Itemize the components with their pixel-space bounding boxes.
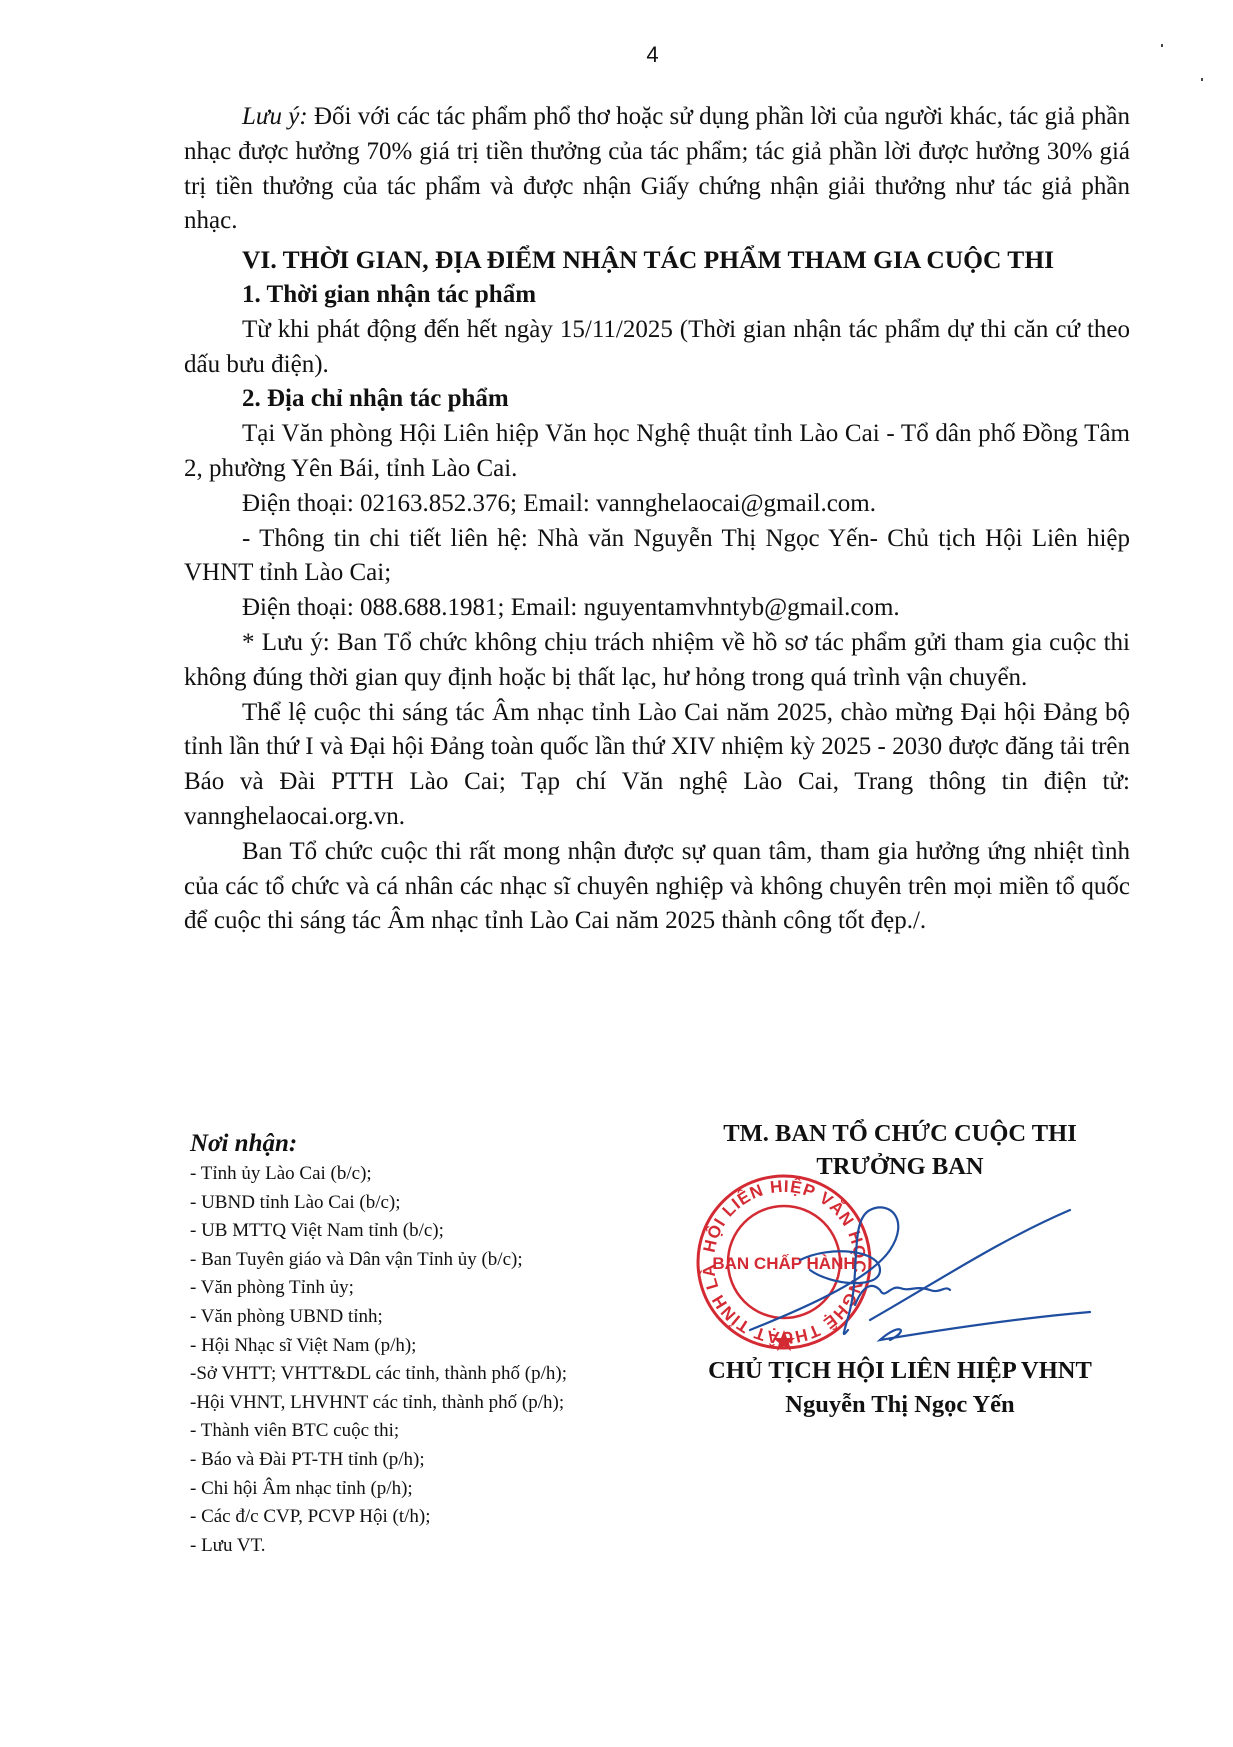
page-number: 4 <box>36 42 1233 68</box>
recipient-item: - Chi hội Âm nhạc tỉnh (p/h); <box>190 1475 670 1504</box>
recipient-item: - Thành viên BTC cuộc thi; <box>190 1417 670 1446</box>
contact-office: Điện thoại: 02163.852.376; Email: vanngh… <box>184 487 1130 522</box>
note-paragraph: Lưu ý: Đối với các tác phẩm phổ thơ hoặc… <box>184 100 1130 239</box>
recipient-item: - Văn phòng Tỉnh ủy; <box>190 1274 670 1303</box>
contact-detail: - Thông tin chi tiết liên hệ: Nhà văn Ng… <box>184 522 1130 592</box>
note-label: Lưu ý: <box>242 103 308 130</box>
subsection-heading-address: 2. Địa chỉ nhận tác phẩm <box>184 382 1130 417</box>
recipient-item: -Sở VHTT; VHTT&DL các tỉnh, thành phố (p… <box>190 1360 670 1389</box>
disclaimer-paragraph: * Lưu ý: Ban Tổ chức không chịu trách nh… <box>184 626 1130 696</box>
recipient-item: - Tỉnh ủy Lào Cai (b/c); <box>190 1160 670 1189</box>
recipient-item: - Báo và Đài PT-TH tỉnh (p/h); <box>190 1446 670 1475</box>
section-heading: VI. THỜI GIAN, ĐỊA ĐIỂM NHẬN TÁC PHẨM TH… <box>184 243 1130 278</box>
time-paragraph: Từ khi phát động đến hết ngày 15/11/2025… <box>184 313 1130 383</box>
recipient-item: -Hội VHNT, LHVHNT các tỉnh, thành phố (p… <box>190 1389 670 1418</box>
contact-person: Điện thoại: 088.688.1981; Email: nguyent… <box>184 591 1130 626</box>
document-body: Lưu ý: Đối với các tác phẩm phổ thơ hoặc… <box>184 100 1130 939</box>
signatory-name: Nguyễn Thị Ngọc Yến <box>680 1388 1120 1422</box>
appeal-paragraph: Ban Tổ chức cuộc thi rất mong nhận được … <box>184 835 1130 939</box>
address-paragraph: Tại Văn phòng Hội Liên hiệp Văn học Nghệ… <box>184 417 1130 487</box>
recipients-title: Nơi nhận: <box>190 1128 670 1160</box>
handwritten-signature-icon <box>740 1190 1120 1360</box>
recipients-block: Nơi nhận: - Tỉnh ủy Lào Cai (b/c);- UBND… <box>190 1128 670 1560</box>
recipient-item: - UBND tỉnh Lào Cai (b/c); <box>190 1189 670 1218</box>
recipient-item: - UB MTTQ Việt Nam tỉnh (b/c); <box>190 1217 670 1246</box>
signature-line-1: TM. BAN TỔ CHỨC CUỘC THI <box>680 1117 1120 1150</box>
recipient-item: - Hội Nhạc sĩ Việt Nam (p/h); <box>190 1332 670 1361</box>
signatory-block: CHỦ TỊCH HỘI LIÊN HIỆP VHNT Nguyễn Thị N… <box>680 1354 1120 1422</box>
scan-speck <box>1201 78 1203 81</box>
recipients-list: - Tỉnh ủy Lào Cai (b/c);- UBND tỉnh Lào … <box>190 1160 670 1560</box>
recipient-item: - Lưu VT. <box>190 1532 670 1561</box>
note-text: Đối với các tác phẩm phổ thơ hoặc sử dụn… <box>184 103 1130 234</box>
recipient-item: - Văn phòng UBND tỉnh; <box>190 1303 670 1332</box>
publication-paragraph: Thể lệ cuộc thi sáng tác Âm nhạc tỉnh Là… <box>184 696 1130 835</box>
recipient-item: - Ban Tuyên giáo và Dân vận Tỉnh ủy (b/c… <box>190 1246 670 1275</box>
recipient-item: - Các đ/c CVP, PCVP Hội (t/h); <box>190 1503 670 1532</box>
scan-speck <box>1161 44 1163 47</box>
subsection-heading-time: 1. Thời gian nhận tác phẩm <box>184 278 1130 313</box>
signatory-position: CHỦ TỊCH HỘI LIÊN HIỆP VHNT <box>680 1354 1120 1388</box>
